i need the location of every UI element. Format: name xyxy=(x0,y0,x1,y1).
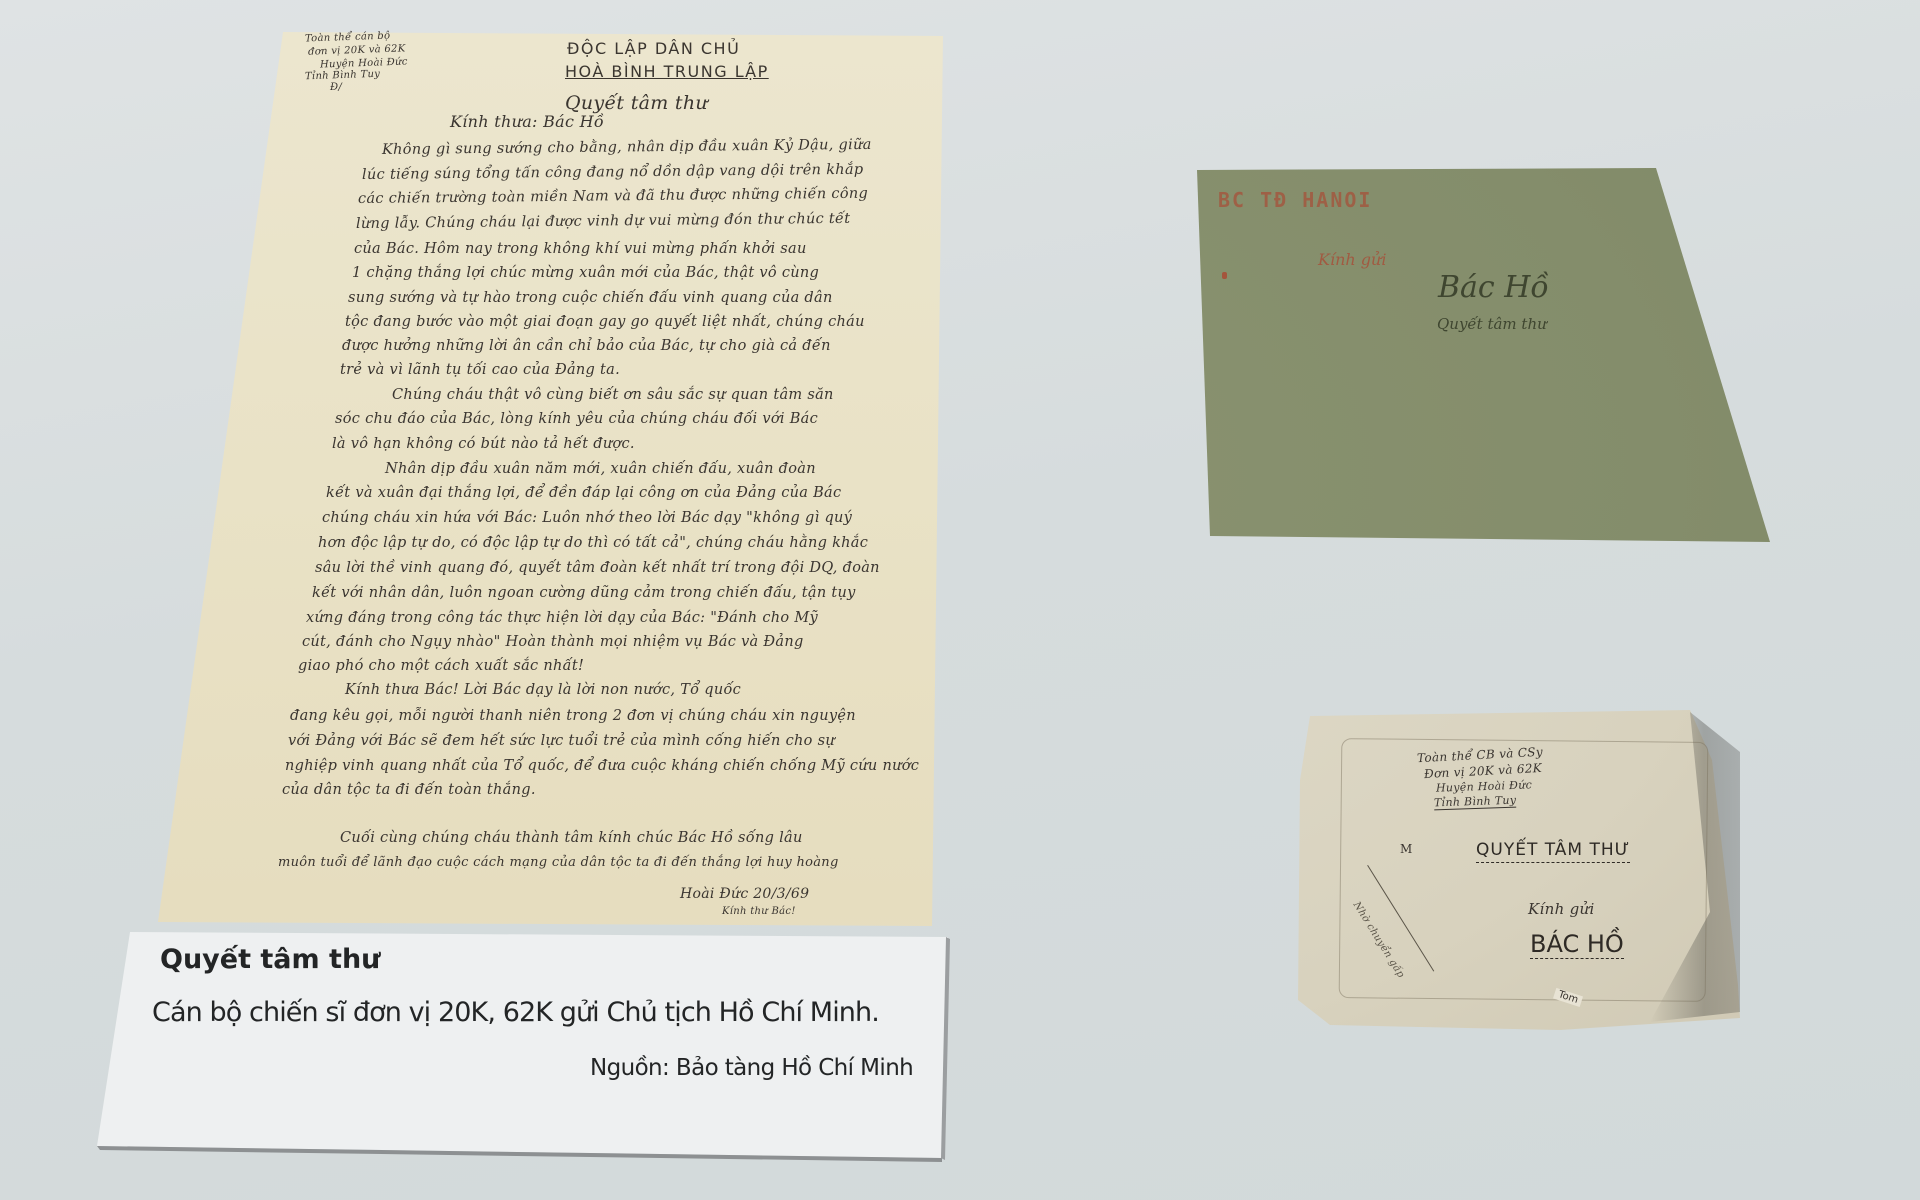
label-description: Cán bộ chiến sĩ đơn vị 20K, 62K gửi Chủ … xyxy=(152,997,879,1028)
label-title: Quyết tâm thư xyxy=(160,944,380,975)
label-source: Nguồn: Bảo tàng Hồ Chí Minh xyxy=(590,1055,913,1081)
exhibit-label-card: Quyết tâm thư Cán bộ chiến sĩ đơn vị 20K… xyxy=(0,0,1920,1200)
